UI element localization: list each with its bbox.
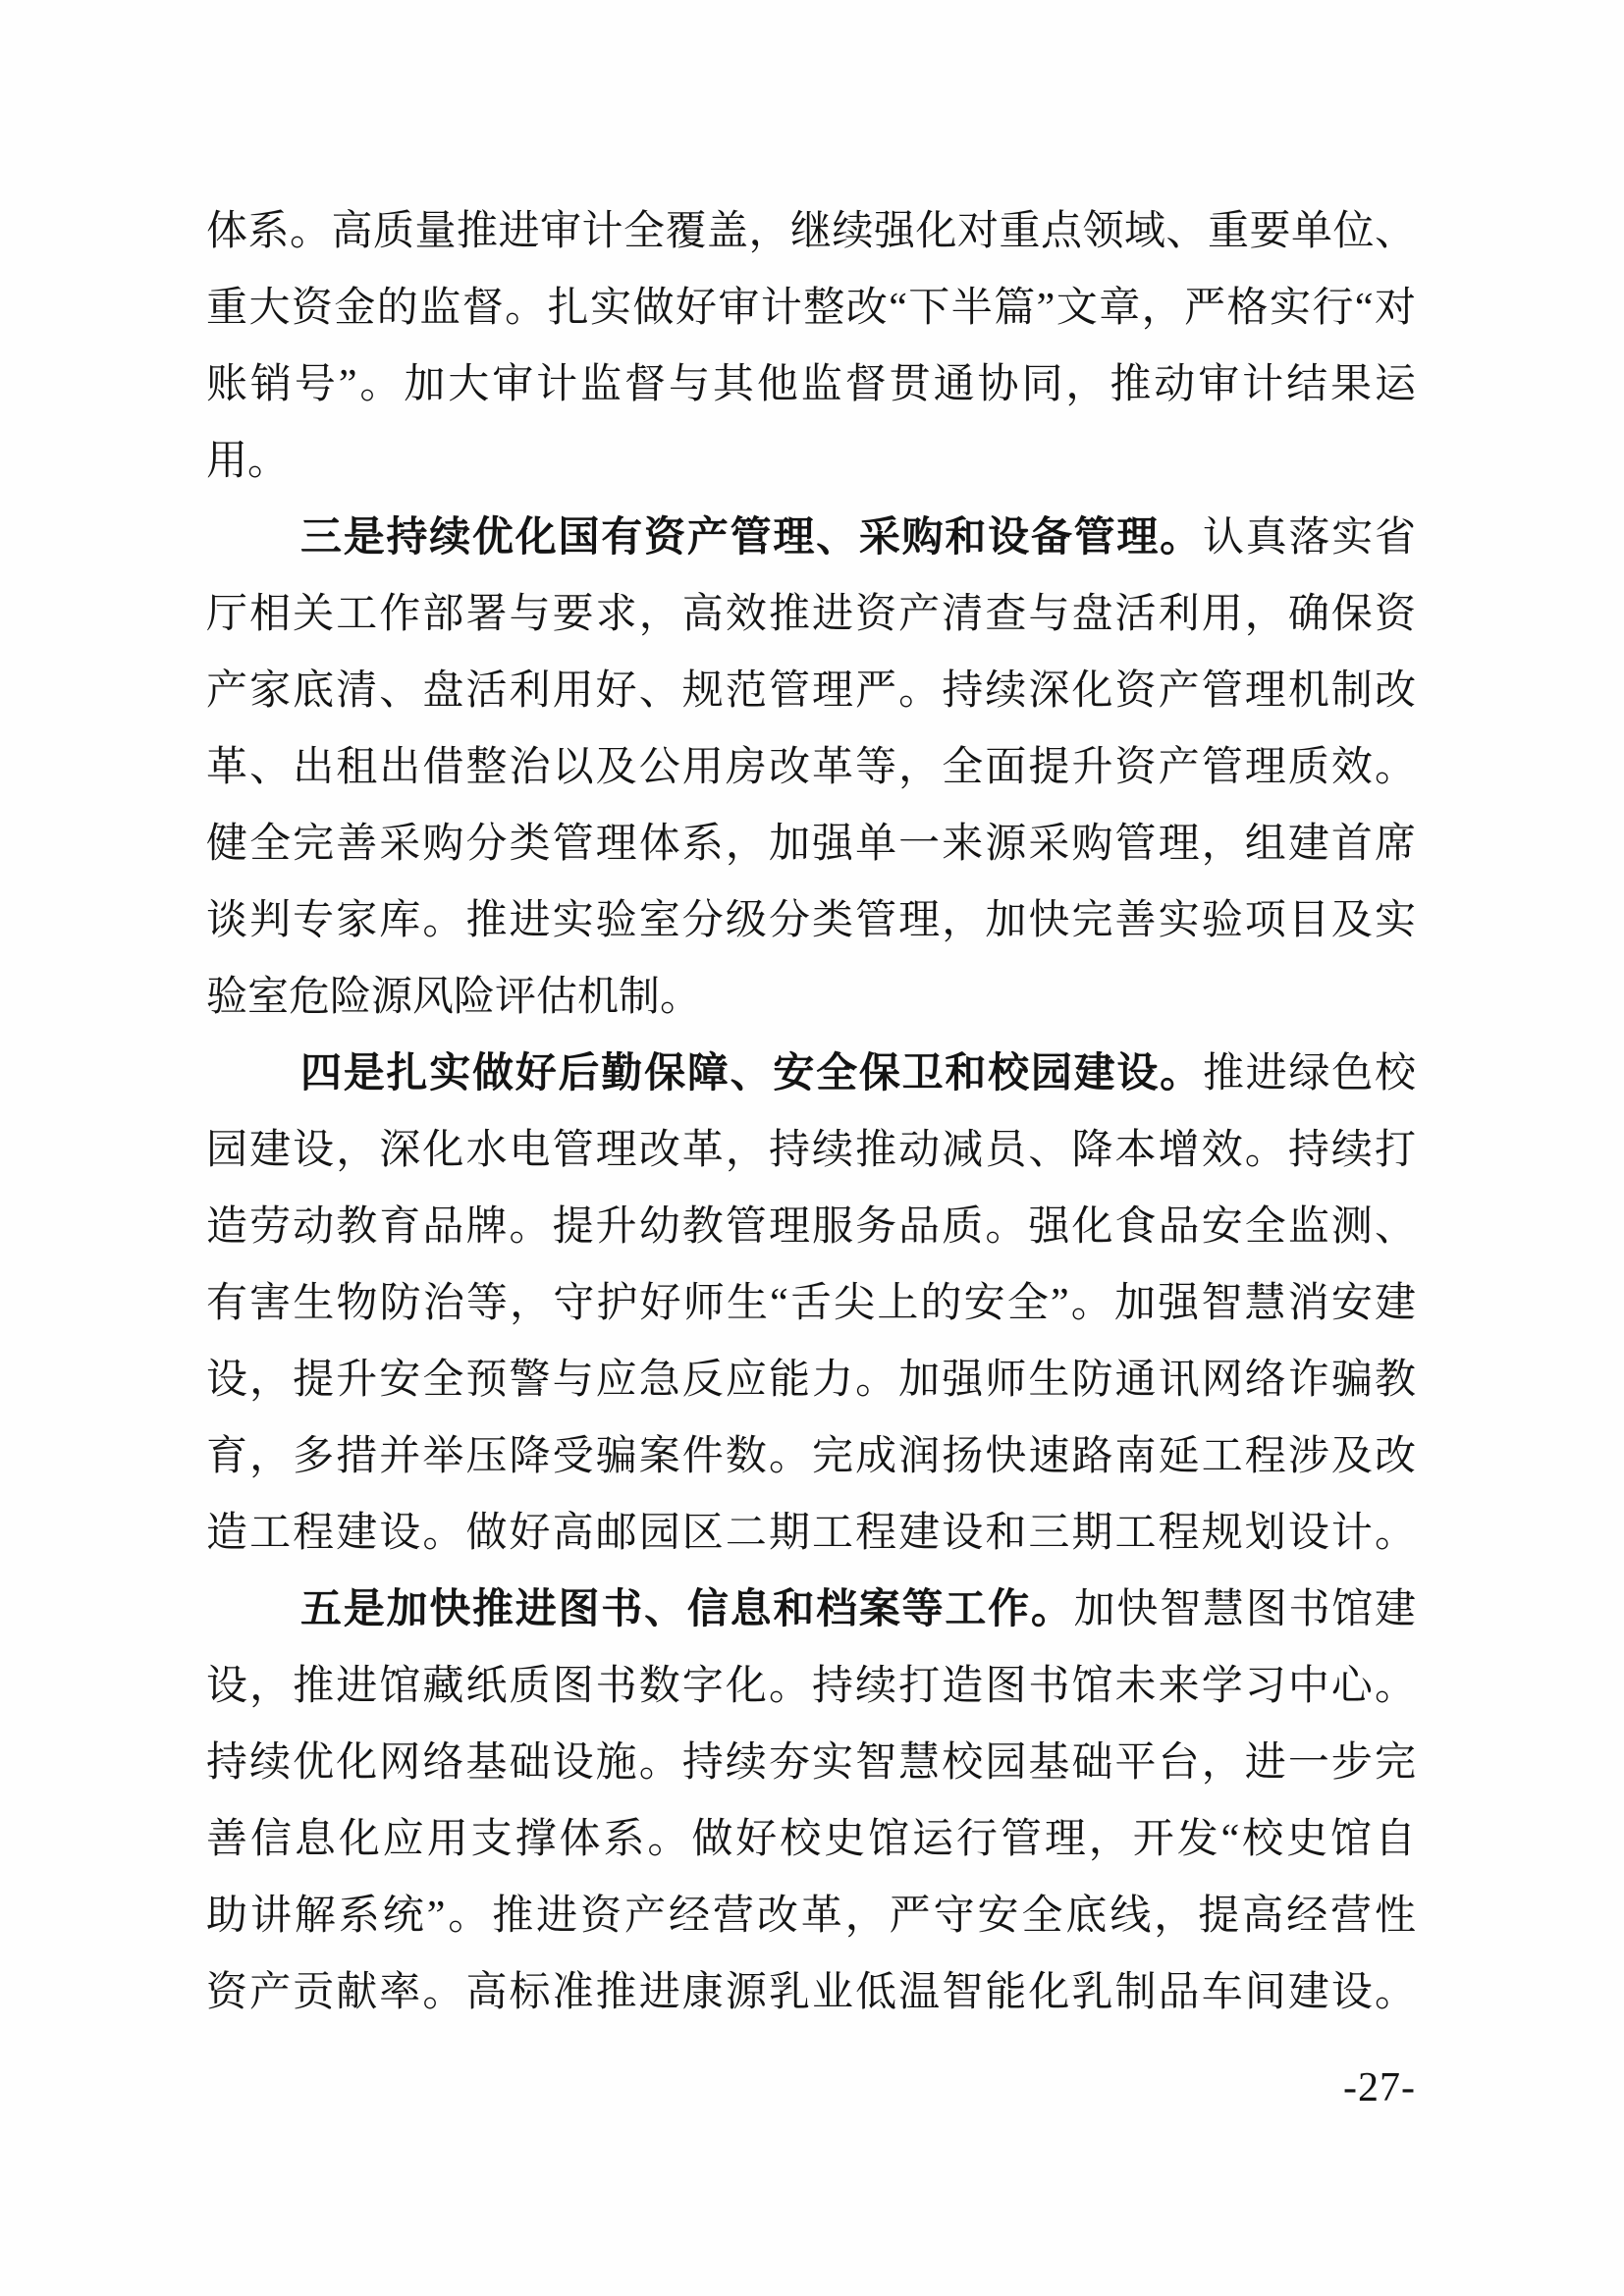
page-number: -27- [1121, 2061, 1416, 2114]
text-line: 账销号”。加大审计监督与其他监督贯通协同，推动审计结果运 [206, 347, 1416, 423]
text-line: 谈判专家库。推进实验室分级分类管理，加快完善实验项目及实 [206, 882, 1416, 959]
text-line: 四是扎实做好后勤保障、安全保卫和校园建设。推进绿色校 [206, 1036, 1416, 1112]
text-segment: 体系。高质量推进审计全覆盖，继续强化对重点领域、重要单位、 [206, 209, 1416, 254]
text-segment: 验室危险源风险评估机制。 [206, 975, 701, 1020]
text-segment: 谈判专家库。推进实验室分级分类管理，加快完善实验项目及实 [206, 898, 1416, 943]
text-line: 持续优化网络基础设施。持续夯实智慧校园基础平台，进一步完 [206, 1725, 1416, 1801]
paragraph-lead-bold-text: 四是扎实做好后勤保障、安全保卫和校园建设。 [300, 1051, 1203, 1096]
text-line: 园建设，深化水电管理改革，持续推动减员、降本增效。持续打 [206, 1112, 1416, 1189]
text-line: 重大资金的监督。扎实做好审计整改“下半篇”文章，严格实行“对 [206, 270, 1416, 347]
text-segment: 厅相关工作部署与要求，高效推进资产清查与盘活利用，确保资 [206, 592, 1416, 637]
text-line: 三是持续优化国有资产管理、采购和设备管理。认真落实省 [206, 500, 1416, 576]
text-line: 五是加快推进图书、信息和档案等工作。加快智慧图书馆建 [206, 1572, 1416, 1648]
text-line: 有害生物防治等，守护好师生“舌尖上的安全”。加强智慧消安建 [206, 1265, 1416, 1342]
text-line: 验室危险源风险评估机制。 [206, 959, 1416, 1036]
text-line: 产家底清、盘活利用好、规范管理严。持续深化资产管理机制改 [206, 653, 1416, 729]
paragraph-lead-bold-text: 五是加快推进图书、信息和档案等工作。 [300, 1587, 1074, 1632]
paragraph-lead-bold-text: 三是持续优化国有资产管理、采购和设备管理。 [300, 515, 1203, 561]
text-segment: 用。 [206, 439, 289, 484]
text-segment: 园建设，深化水电管理改革，持续推动减员、降本增效。持续打 [206, 1128, 1416, 1173]
text-segment: 有害生物防治等，守护好师生“舌尖上的安全”。加强智慧消安建 [206, 1281, 1416, 1326]
text-segment: 革、出租出借整治以及公用房改革等，全面提升资产管理质效。 [206, 745, 1416, 790]
text-segment: 造劳动教育品牌。提升幼教管理服务品质。强化食品安全监测、 [206, 1204, 1416, 1250]
document-page: 体系。高质量推进审计全覆盖，继续强化对重点领域、重要单位、重大资金的监督。扎实做… [0, 0, 1624, 2296]
text-line: 设，推进馆藏纸质图书数字化。持续打造图书馆未来学习中心。 [206, 1648, 1416, 1725]
text-line: 育，多措并举压降受骗案件数。完成润扬快速路南延工程涉及改 [206, 1418, 1416, 1495]
text-segment: 善信息化应用支撑体系。做好校史馆运行管理，开发“校史馆自 [206, 1817, 1416, 1862]
text-segment: 认真落实省 [1203, 515, 1416, 561]
text-segment: 账销号”。加大审计监督与其他监督贯通协同，推动审计结果运 [206, 362, 1416, 407]
text-line: 助讲解系统”。推进资产经营改革，严守安全底线，提高经营性 [206, 1878, 1416, 1954]
text-segment: 健全完善采购分类管理体系，加强单一来源采购管理，组建首席 [206, 822, 1416, 867]
text-segment: 造工程建设。做好高邮园区二期工程建设和三期工程规划设计。 [206, 1511, 1416, 1556]
text-segment: 重大资金的监督。扎实做好审计整改“下半篇”文章，严格实行“对 [206, 286, 1416, 331]
text-line: 用。 [206, 423, 1416, 500]
text-segment: 设，提升安全预警与应急反应能力。加强师生防通讯网络诈骗教 [206, 1358, 1416, 1403]
document-body: 体系。高质量推进审计全覆盖，继续强化对重点领域、重要单位、重大资金的监督。扎实做… [206, 193, 1416, 2031]
text-segment: 育，多措并举压降受骗案件数。完成润扬快速路南延工程涉及改 [206, 1434, 1416, 1479]
text-line: 体系。高质量推进审计全覆盖，继续强化对重点领域、重要单位、 [206, 193, 1416, 270]
text-segment: 资产贡献率。高标准推进康源乳业低温智能化乳制品车间建设。 [206, 1970, 1416, 2015]
text-segment: 推进绿色校 [1203, 1051, 1416, 1096]
text-line: 善信息化应用支撑体系。做好校史馆运行管理，开发“校史馆自 [206, 1801, 1416, 1878]
text-segment: 助讲解系统”。推进资产经营改革，严守安全底线，提高经营性 [206, 1894, 1416, 1939]
text-line: 革、出租出借整治以及公用房改革等，全面提升资产管理质效。 [206, 729, 1416, 806]
text-segment: 加快智慧图书馆建 [1074, 1587, 1416, 1632]
text-line: 健全完善采购分类管理体系，加强单一来源采购管理，组建首席 [206, 806, 1416, 882]
text-line: 设，提升安全预警与应急反应能力。加强师生防通讯网络诈骗教 [206, 1342, 1416, 1418]
text-line: 造工程建设。做好高邮园区二期工程建设和三期工程规划设计。 [206, 1495, 1416, 1572]
text-line: 资产贡献率。高标准推进康源乳业低温智能化乳制品车间建设。 [206, 1954, 1416, 2031]
text-segment: 设，推进馆藏纸质图书数字化。持续打造图书馆未来学习中心。 [206, 1664, 1416, 1709]
text-line: 厅相关工作部署与要求，高效推进资产清查与盘活利用，确保资 [206, 576, 1416, 653]
text-segment: 产家底清、盘活利用好、规范管理严。持续深化资产管理机制改 [206, 668, 1416, 714]
text-line: 造劳动教育品牌。提升幼教管理服务品质。强化食品安全监测、 [206, 1189, 1416, 1265]
text-segment: 持续优化网络基础设施。持续夯实智慧校园基础平台，进一步完 [206, 1740, 1416, 1786]
